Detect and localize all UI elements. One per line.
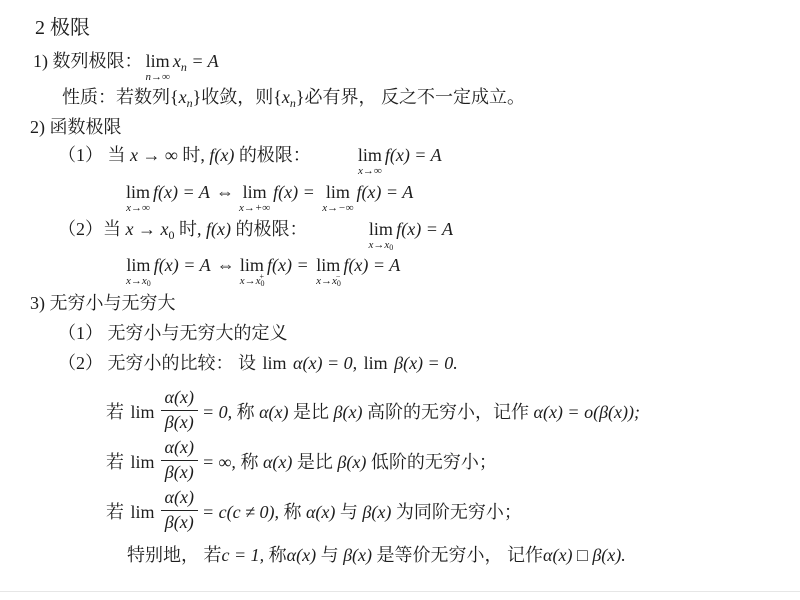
beta-expr: β(x) xyxy=(337,452,366,472)
item-label: （2） 无穷小的比较： 设 xyxy=(58,353,261,373)
text-segment: }必有界， 反之不一定成立。 xyxy=(296,87,525,107)
iff-symbol: ⇔ xyxy=(215,255,237,275)
lim-subscript-plus: + xyxy=(260,272,265,281)
sequence-property: 性质：若数列{xn}收敛，则{xn}必有界， 反之不一定成立。 xyxy=(62,86,525,109)
slide: 2 极限 1) 数列极限：limn→∞xn = A 性质：若数列{xn}收敛，则… xyxy=(0,0,800,600)
fraction: α(x)β(x) xyxy=(161,488,198,533)
lim-word: lim xyxy=(368,220,393,238)
lim-operator: limx→x0− xyxy=(316,256,340,287)
lim-word: lim xyxy=(261,353,289,373)
variable: x xyxy=(179,87,187,107)
lim-subscript-minus: − xyxy=(336,272,341,281)
fraction-denominator: β(x) xyxy=(161,411,198,433)
condition: x → x xyxy=(126,219,169,239)
lim-subscript-base: x→x xyxy=(126,275,147,287)
case-x-to-infinity: （1） 当 x → ∞ 时, f(x) 的极限：limx→∞f(x) = A xyxy=(58,144,442,177)
slide-bottom-edge xyxy=(0,591,800,592)
notation: α(x) = o(β(x)); xyxy=(534,402,641,422)
formula-infinity-equivalence: limx→∞f(x) = A ⇔limx→+∞f(x) = limx→−∞f(x… xyxy=(123,181,413,214)
rule-equivalent: 特别地， 若c = 1, 称α(x) 与 β(x) 是等价无穷小， 记作α(x)… xyxy=(127,544,626,567)
text-segment: 与 xyxy=(335,502,362,522)
rule-lower-order: 若 limα(x)β(x)= ∞, 称 α(x) 是比 β(x) 低阶的无穷小； xyxy=(106,438,497,483)
section-title: 2 极限 xyxy=(35,16,90,41)
beta-expr: β(x) xyxy=(334,402,363,422)
lim-subscript: n→∞ xyxy=(146,72,170,83)
lim-subscript: x→x0 xyxy=(126,276,151,287)
lim-word: lim xyxy=(129,402,157,422)
text-segment: }收敛，则{ xyxy=(193,87,282,107)
text-segment: 高阶的无穷小，记作 xyxy=(363,402,534,422)
text-segment: 的极限： xyxy=(231,219,308,239)
condition: x → ∞ xyxy=(130,145,178,165)
text-segment: 性质：若数列{ xyxy=(62,87,179,107)
beta-expr: β(x) xyxy=(343,545,372,565)
lim-operator: limx→x0+ xyxy=(240,256,264,287)
lim-operator: limx→∞ xyxy=(358,146,382,177)
text-segment: 是比 xyxy=(289,402,334,422)
lim-subscript: x→−∞ xyxy=(322,203,353,214)
function-expr: f(x) xyxy=(209,145,234,165)
item-label: 1) 数列极限： xyxy=(33,51,143,71)
alpha-expr: α(x) xyxy=(306,502,335,522)
text-segment: （2）当 xyxy=(58,219,126,239)
text-segment: 低阶的无穷小； xyxy=(366,452,497,472)
subitem-comparison: （2） 无穷小的比较： 设 lim α(x) = 0, lim β(x) = 0… xyxy=(58,352,458,375)
math-expr: f(x) = A xyxy=(154,255,215,275)
lim-subscript-zero: 0 xyxy=(147,279,151,288)
beta-expr: β(x) xyxy=(362,502,391,522)
lim-operator: limx→x0 xyxy=(126,256,151,287)
lim-operator: limx→x0 xyxy=(368,220,393,251)
item-infinitesimal: 3) 无穷小与无穷大 xyxy=(30,292,176,315)
text-segment: 特别地， 若 xyxy=(127,545,222,565)
lim-operator: limx→−∞ xyxy=(322,183,353,214)
lim-subscript: x→∞ xyxy=(126,203,150,214)
text-segment: （1） 当 xyxy=(58,145,130,165)
rule-same-order: 若 limα(x)β(x)= c(c ≠ 0), 称 α(x) 与 β(x) 为… xyxy=(106,488,522,533)
text-segment: 称 xyxy=(264,545,287,565)
function-expr: f(x) xyxy=(206,219,231,239)
fraction-numerator: α(x) xyxy=(161,488,198,511)
lim-subscript: x→x0− xyxy=(316,276,340,287)
text-segment: 若 xyxy=(106,402,129,422)
lim-subscript: x→x0 xyxy=(368,240,393,251)
lim-subscript-base: x→x xyxy=(240,275,261,287)
fraction-denominator: β(x) xyxy=(161,461,198,483)
text-segment: 与 xyxy=(316,545,343,565)
equation-tail: f(x) = A xyxy=(396,219,453,239)
alpha-expr: α(x) xyxy=(259,402,288,422)
fraction: α(x)β(x) xyxy=(161,388,198,433)
lim-word: lim xyxy=(126,256,151,274)
fraction-numerator: α(x) xyxy=(161,388,198,411)
lim-operator: limn→∞ xyxy=(146,52,170,83)
lim-word: lim xyxy=(358,146,382,164)
text-segment: 是比 xyxy=(292,452,337,472)
text-segment: 为同阶无穷小； xyxy=(391,502,522,522)
lim-word: lim xyxy=(146,52,170,70)
alpha-expr: α(x) xyxy=(287,545,316,565)
fraction-numerator: α(x) xyxy=(161,438,198,461)
lim-word: lim xyxy=(129,502,157,522)
variable: x xyxy=(173,51,181,71)
lim-word: lim xyxy=(239,183,270,201)
equation-tail: f(x) = A xyxy=(385,145,442,165)
math-expr: = ∞, xyxy=(202,452,236,472)
rule-higher-order: 若 limα(x)β(x)= 0, 称 α(x) 是比 β(x) 高阶的无穷小，… xyxy=(106,388,640,433)
variable: x xyxy=(282,87,290,107)
lim-subscript-base: x→x xyxy=(316,275,337,287)
math-expr: f(x) = A xyxy=(356,182,413,202)
item-function-limit: 2) 函数极限 xyxy=(30,116,122,139)
math-expr: f(x) = xyxy=(267,255,313,275)
subitem-definition: （1） 无穷小与无穷大的定义 xyxy=(58,322,288,345)
math-expr: c = 1, xyxy=(222,545,265,565)
math-expr: f(x) = xyxy=(273,182,319,202)
math-expr: f(x) = A xyxy=(153,182,214,202)
math-expr: = c(c ≠ 0), xyxy=(202,502,279,522)
lim-word: lim xyxy=(322,183,353,201)
text-segment: 若 xyxy=(106,452,129,472)
lim-subscript-zero: 0 xyxy=(389,243,393,252)
alpha-expr: α(x) xyxy=(263,452,292,472)
text-segment: 称 xyxy=(236,452,263,472)
item-sequence-limit: 1) 数列极限：limn→∞xn = A xyxy=(33,50,219,83)
lim-word: lim xyxy=(362,353,390,373)
iff-symbol: ⇔ xyxy=(214,182,236,202)
fraction-denominator: β(x) xyxy=(161,511,198,533)
text-segment: 时, xyxy=(174,219,206,239)
math-expr: f(x) = A xyxy=(343,255,400,275)
lim-subscript: x→∞ xyxy=(358,166,382,177)
math-expr: β(x) = 0. xyxy=(390,353,458,373)
text-segment: 的极限： xyxy=(234,145,311,165)
text-segment: 若 xyxy=(106,502,129,522)
lim-word: lim xyxy=(129,452,157,472)
case-x-to-x0: （2）当 x → x0 时, f(x) 的极限：limx→x0f(x) = A xyxy=(58,218,453,251)
fraction: α(x)β(x) xyxy=(161,438,198,483)
lim-subscript-base: x→x xyxy=(368,239,389,251)
lim-operator: limx→∞ xyxy=(126,183,150,214)
formula-x0-equivalence: limx→x0f(x) = A ⇔limx→x0+f(x) = limx→x0−… xyxy=(123,254,400,287)
lim-subscript: x→+∞ xyxy=(239,203,270,214)
math-expr: = 0, xyxy=(202,402,232,422)
notation: α(x) □ β(x). xyxy=(543,545,626,565)
text-segment: 是等价无穷小， 记作 xyxy=(372,545,543,565)
lim-operator: limx→+∞ xyxy=(239,183,270,214)
text-segment: 称 xyxy=(279,502,306,522)
math-expr: α(x) = 0, xyxy=(289,353,362,373)
text-segment: 时, xyxy=(178,145,210,165)
equation-tail: = A xyxy=(187,51,219,71)
text-segment: 称 xyxy=(232,402,259,422)
lim-subscript: x→x0+ xyxy=(240,276,264,287)
lim-word: lim xyxy=(126,183,150,201)
